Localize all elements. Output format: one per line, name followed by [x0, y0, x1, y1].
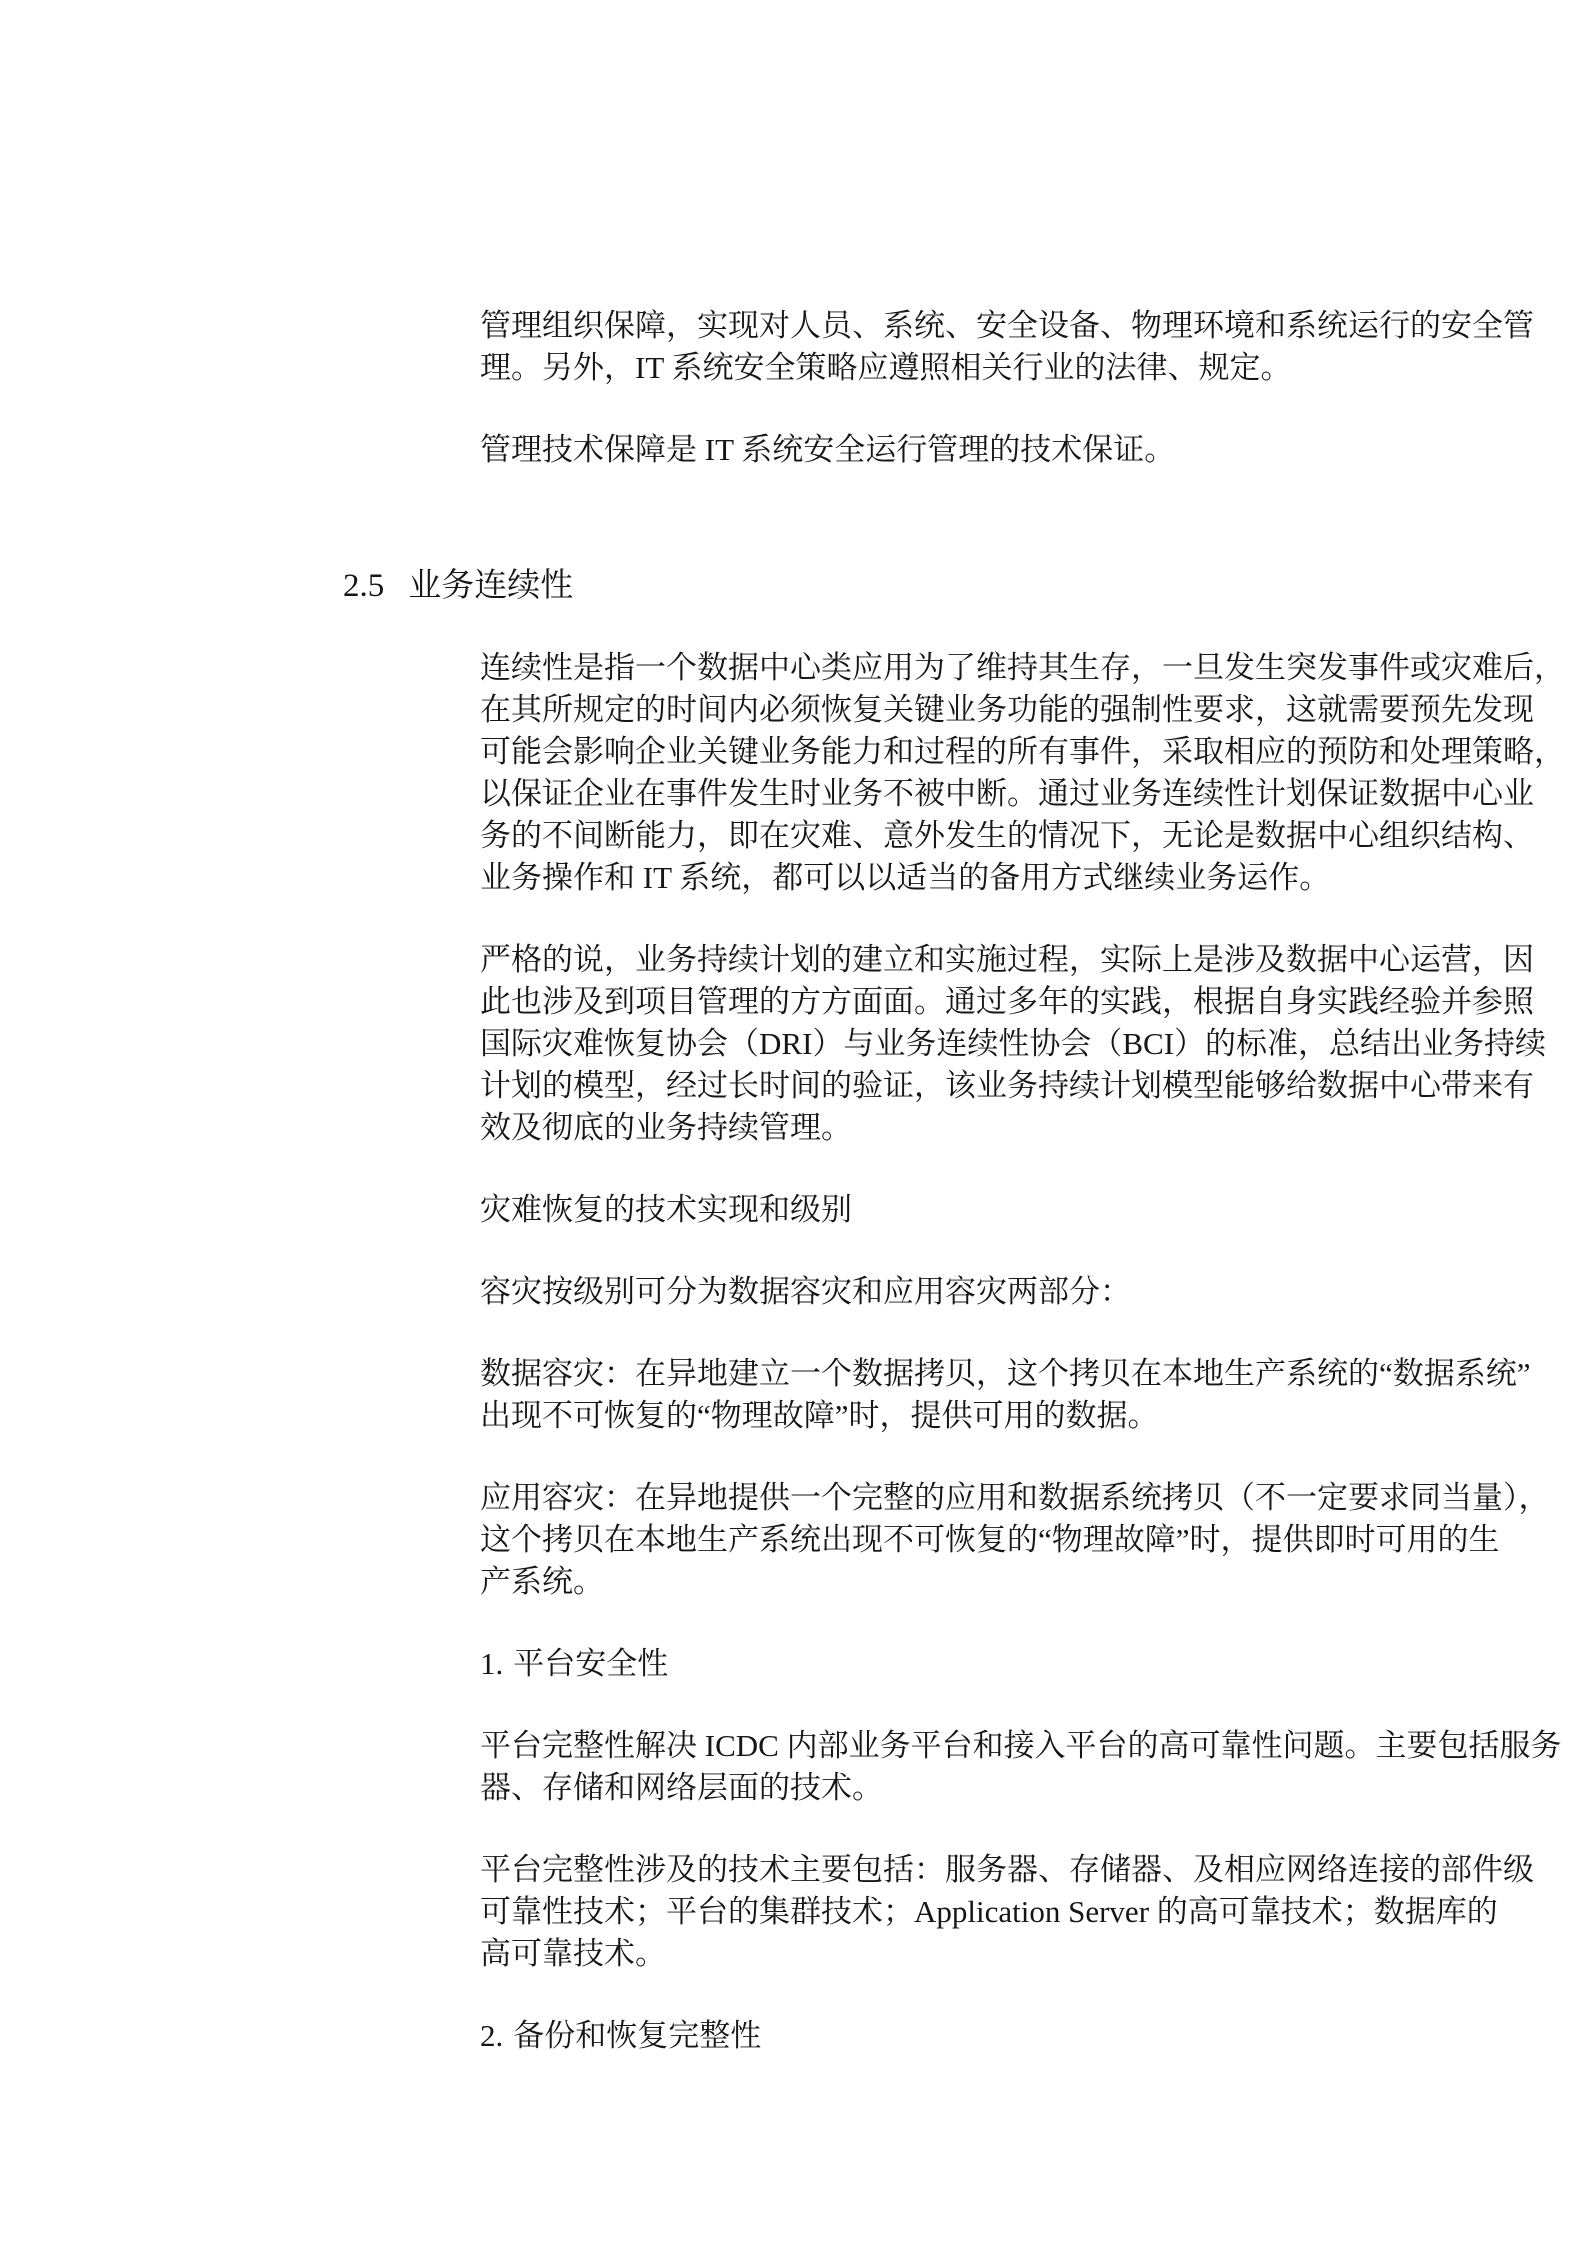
text-line: 产系统。 [480, 1561, 1550, 1603]
document-body: 管理组织保障，实现对人员、系统、安全设备、物理环境和系统运行的安全管 理。另外，… [480, 305, 1520, 2097]
text-line: 应用容灾：在异地提供一个完整的应用和数据系统拷贝（不一定要求同当量）， [480, 1477, 1550, 1519]
paragraph-tech-assurance: 管理技术保障是 IT 系统安全运行管理的技术保证。 [480, 429, 1175, 471]
item-title: 备份和恢复完整性 [513, 2018, 761, 2053]
text-line: 此也涉及到项目管理的方方面面。通过多年的实践，根据自身实践经验并参照 [480, 981, 1546, 1023]
text-line: 效及彻底的业务持续管理。 [480, 1107, 1546, 1149]
paragraph-app-dr: 应用容灾：在异地提供一个完整的应用和数据系统拷贝（不一定要求同当量）， 这个拷贝… [480, 1477, 1550, 1603]
text-line: 连续性是指一个数据中心类应用为了维持其生存，一旦发生突发事件或灾难后， [480, 647, 1565, 689]
paragraph-platform-integrity: 平台完整性解决 ICDC 内部业务平台和接入平台的高可靠性问题。主要包括服务 器… [480, 1725, 1562, 1809]
paragraph-bcp-model: 严格的说，业务持续计划的建立和实施过程，实际上是涉及数据中心运营，因 此也涉及到… [480, 939, 1546, 1149]
text-line: 在其所规定的时间内必须恢复关键业务功能的强制性要求，这就需要预先发现 [480, 689, 1565, 731]
text-line: 器、存储和网络层面的技术。 [480, 1767, 1562, 1809]
text-line: 严格的说，业务持续计划的建立和实施过程，实际上是涉及数据中心运营，因 [480, 939, 1546, 981]
paragraph-platform-tech: 平台完整性涉及的技术主要包括：服务器、存储器、及相应网络连接的部件级 可靠性技术… [480, 1849, 1534, 1975]
text-line: 以保证企业在事件发生时业务不被中断。通过业务连续性计划保证数据中心业 [480, 773, 1565, 815]
text-line: 可能会影响企业关键业务能力和过程的所有事件，采取相应的预防和处理策略， [480, 731, 1565, 773]
paragraph-security-management: 管理组织保障，实现对人员、系统、安全设备、物理环境和系统运行的安全管 理。另外，… [480, 305, 1534, 389]
numbered-heading-backup-recovery: 2.备份和恢复完整性 [480, 2015, 761, 2057]
text-line: 管理组织保障，实现对人员、系统、安全设备、物理环境和系统运行的安全管 [480, 305, 1534, 347]
text-line: 理。另外，IT 系统安全策略应遵照相关行业的法律、规定。 [480, 347, 1534, 389]
text-line: 容灾按级别可分为数据容灾和应用容灾两部分： [480, 1271, 1131, 1313]
text-line: 平台完整性涉及的技术主要包括：服务器、存储器、及相应网络连接的部件级 [480, 1849, 1534, 1891]
document-page: 管理组织保障，实现对人员、系统、安全设备、物理环境和系统运行的安全管 理。另外，… [0, 0, 1587, 2245]
text-line: 务的不间断能力，即在灾难、意外发生的情况下，无论是数据中心组织结构、 [480, 815, 1565, 857]
section-number: 2.5 [343, 565, 384, 607]
section-heading-2-5: 2.5业务连续性 [343, 565, 573, 607]
text-line: 计划的模型，经过长时间的验证，该业务持续计划模型能够给数据中心带来有 [480, 1065, 1546, 1107]
text-line: 灾难恢复的技术实现和级别 [480, 1189, 852, 1231]
text-line: 出现不可恢复的“物理故障”时，提供可用的数据。 [480, 1395, 1531, 1437]
item-number: 2. [480, 2015, 503, 2057]
text-line: 高可靠技术。 [480, 1933, 1534, 1975]
item-title: 平台安全性 [513, 1646, 668, 1681]
text-line: 数据容灾：在异地建立一个数据拷贝，这个拷贝在本地生产系统的“数据系统” [480, 1353, 1531, 1395]
text-line: 平台完整性解决 ICDC 内部业务平台和接入平台的高可靠性问题。主要包括服务 [480, 1725, 1562, 1767]
text-line: 可靠性技术；平台的集群技术；Application Server 的高可靠技术；… [480, 1891, 1534, 1933]
text-line: 2.备份和恢复完整性 [480, 2015, 761, 2057]
section-title: 业务连续性 [408, 568, 573, 604]
text-line: 1.平台安全性 [480, 1643, 668, 1685]
text-line: 这个拷贝在本地生产系统出现不可恢复的“物理故障”时，提供即时可用的生 [480, 1519, 1550, 1561]
item-number: 1. [480, 1643, 503, 1685]
paragraph-dr-categories: 容灾按级别可分为数据容灾和应用容灾两部分： [480, 1271, 1131, 1313]
text-line: 管理技术保障是 IT 系统安全运行管理的技术保证。 [480, 429, 1175, 471]
text-line: 业务操作和 IT 系统，都可以以适当的备用方式继续业务运作。 [480, 857, 1565, 899]
paragraph-continuity-definition: 连续性是指一个数据中心类应用为了维持其生存，一旦发生突发事件或灾难后， 在其所规… [480, 647, 1565, 899]
text-line: 国际灾难恢复协会（DRI）与业务连续性协会（BCI）的标准，总结出业务持续 [480, 1023, 1546, 1065]
paragraph-dr-levels-title: 灾难恢复的技术实现和级别 [480, 1189, 852, 1231]
paragraph-data-dr: 数据容灾：在异地建立一个数据拷贝，这个拷贝在本地生产系统的“数据系统” 出现不可… [480, 1353, 1531, 1437]
numbered-heading-platform-security: 1.平台安全性 [480, 1643, 668, 1685]
